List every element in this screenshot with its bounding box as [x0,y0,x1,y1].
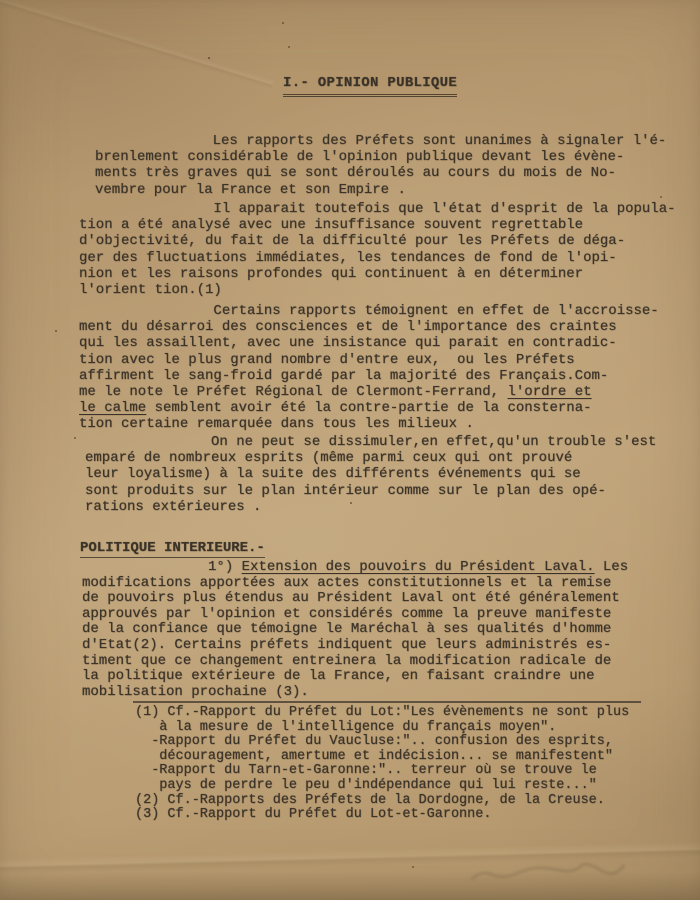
paper-speck [288,46,290,48]
paper-speck [208,57,210,59]
paper-speck [412,866,414,868]
paragraph-trouble-esprits: On ne peut se dissimuler,en effet,qu'un … [85,434,656,515]
paper-crease-horizontal [0,841,700,875]
scanned-document-page: I.- OPINION PUBLIQUE Les rapports des Pr… [0,0,700,900]
document-title: I.- OPINION PUBLIQUE [283,75,457,97]
paragraph-extension-pouvoirs-laval: 1°) Extension des pouvoirs du Président … [82,560,628,700]
paper-speck [74,437,76,439]
paper-crease-diagonal [0,0,274,89]
page-bottom-edge-shadow [0,872,700,900]
section-heading-politique-interieure: POLITIQUE INTERIEURE.- [80,540,265,558]
paragraph-desarroi-consciences: Certains rapports témoignent en effet de… [79,303,659,433]
paragraph-etat-esprit: Il apparait toutefois que l'état d'espri… [79,201,676,298]
paper-speck [55,330,57,332]
paper-speck [282,22,284,24]
smudge-squiggle-icon [467,851,648,886]
handwriting-smudge [467,851,648,891]
footnote-divider-line [133,701,641,703]
footnotes-block: (1) Cf.-Rapport du Préfet du Lot:"Les év… [135,706,629,823]
paragraph-rapports-prefets: Les rapports des Préfets sont unanimes à… [95,133,666,198]
